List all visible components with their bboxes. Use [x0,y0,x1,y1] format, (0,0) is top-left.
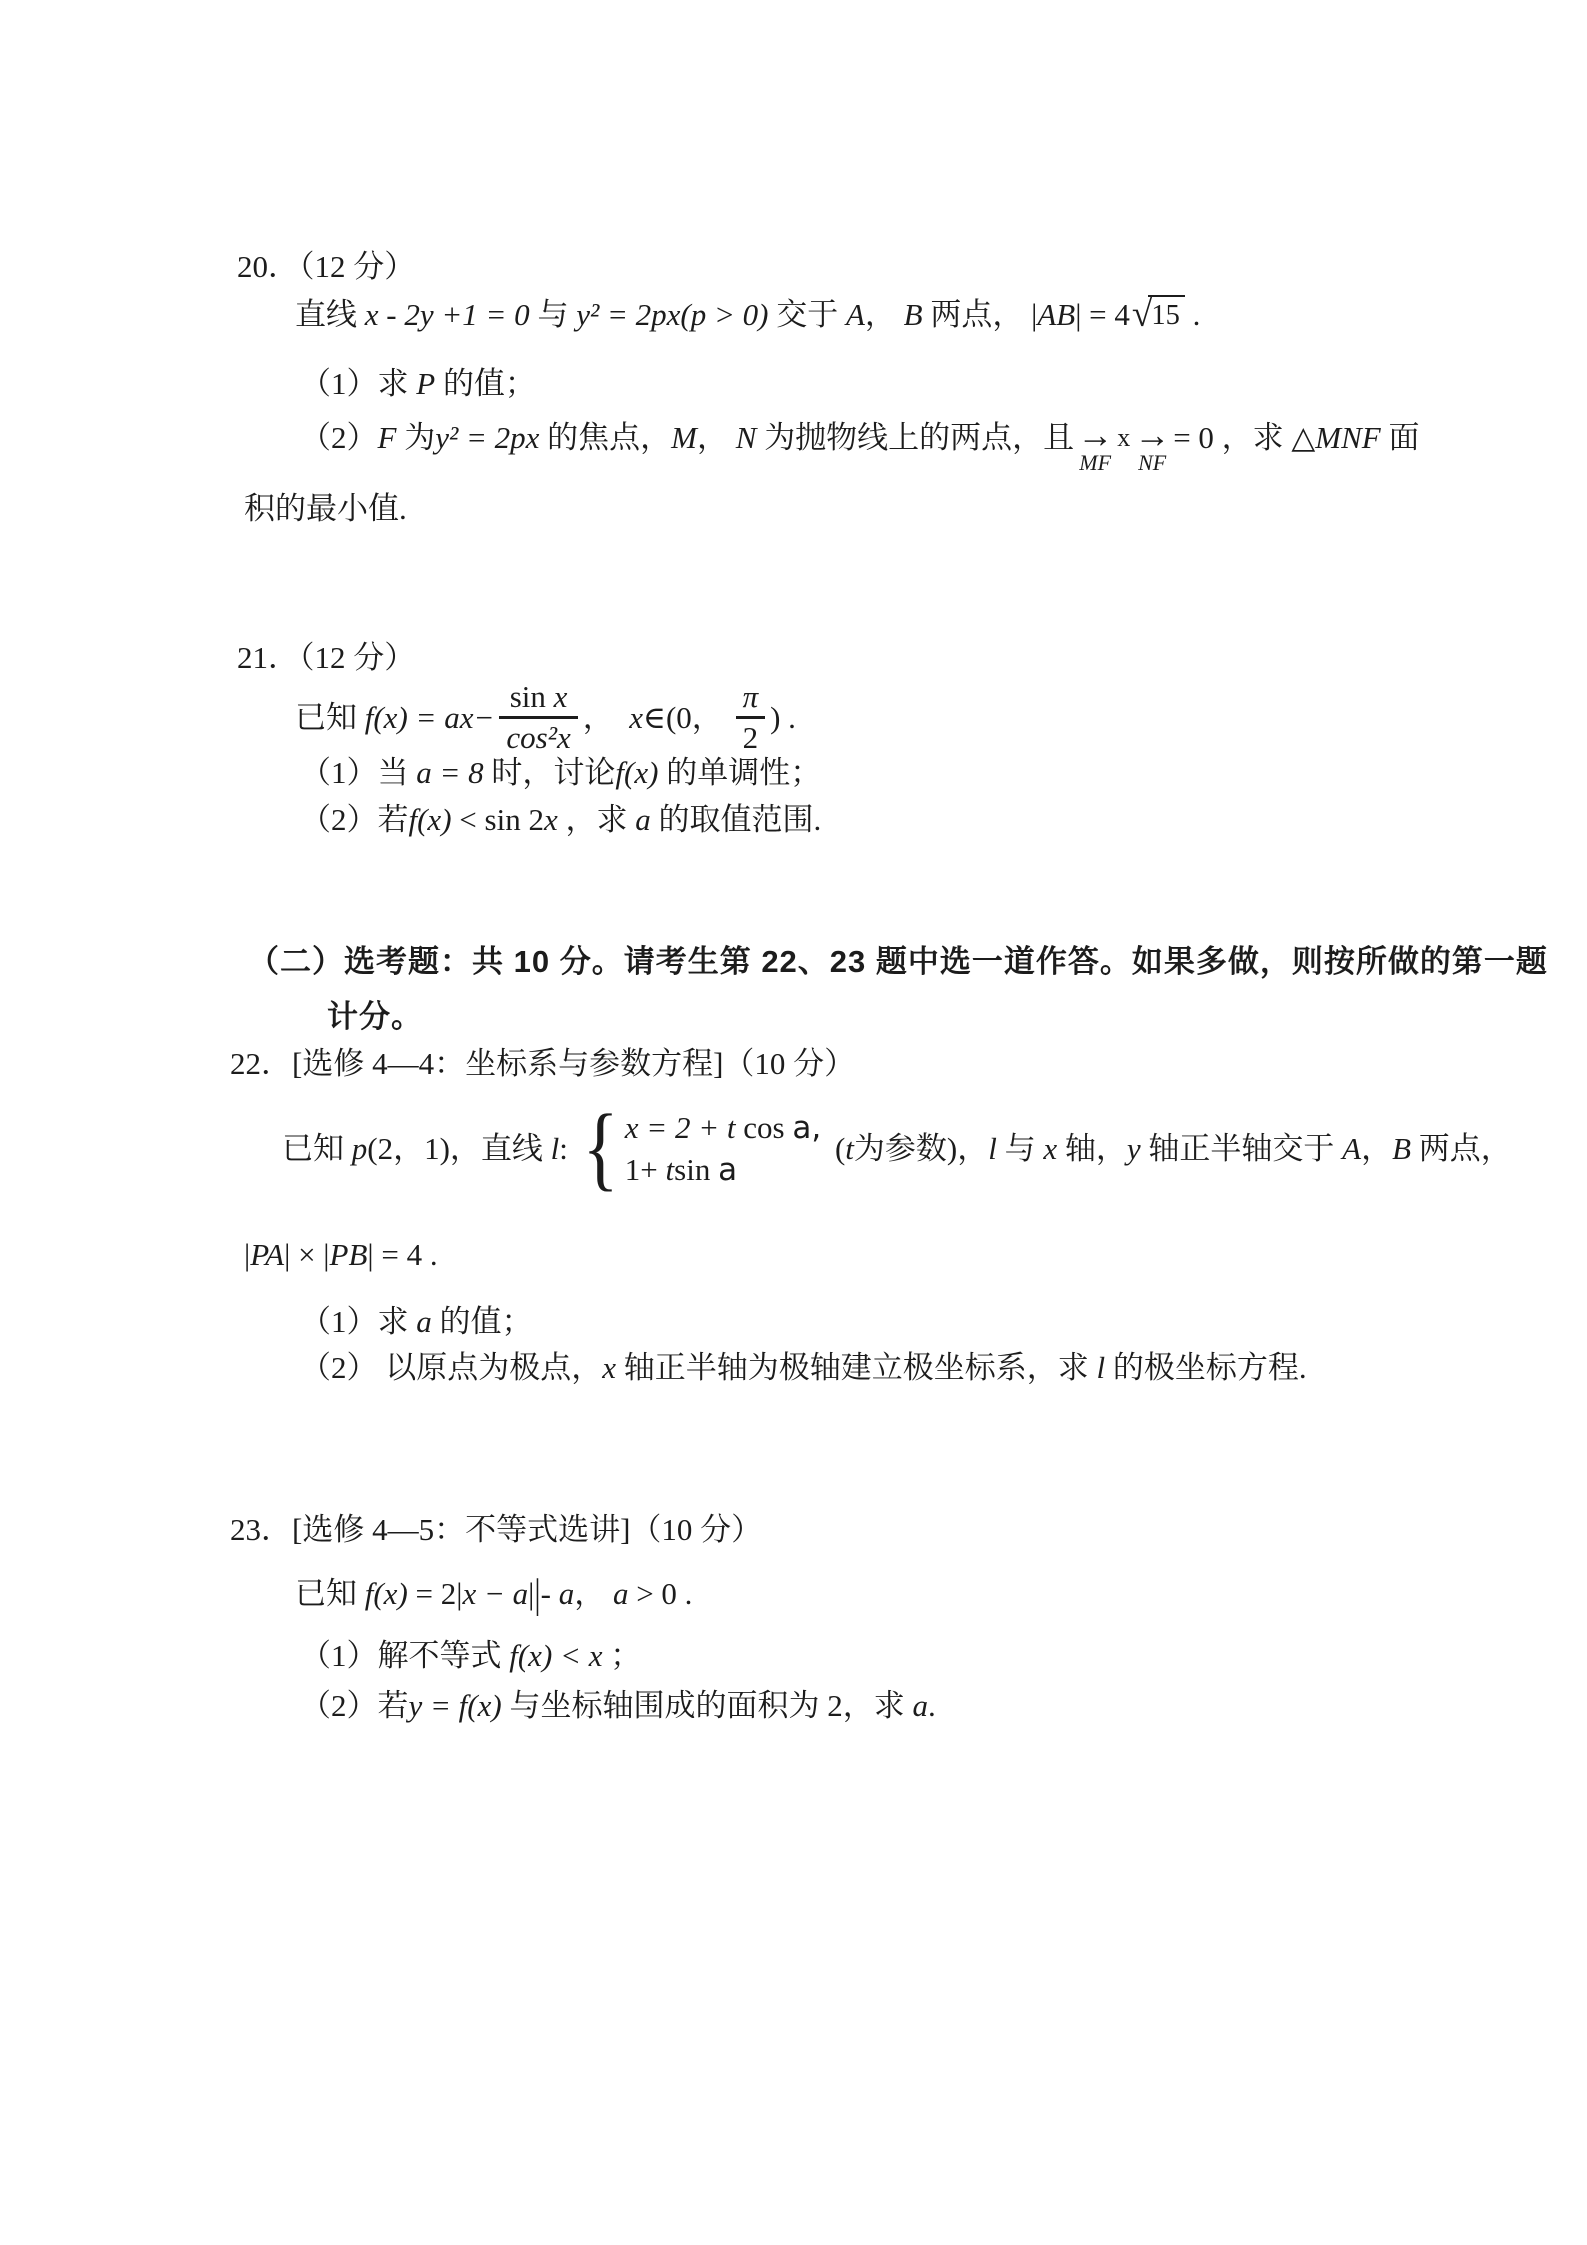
text-run: （1）求 [300,362,416,406]
math-run: cos [743,1110,792,1145]
text-run: （2） 以原点为极点， [300,1346,602,1390]
math-run: P [416,362,435,406]
math-run: f(x) = ax− [365,696,495,740]
text-run: ， [697,416,736,460]
math-run: x [629,696,643,740]
math-run: AB [1037,293,1075,337]
text-run: 两点， [923,293,1032,337]
math-run: PA [250,1233,284,1277]
math-run: a [718,1152,737,1188]
math-run: x − a [462,1572,528,1616]
math-run: A [1342,1127,1361,1171]
text-run: . [928,1684,936,1728]
math-run: B [904,293,923,337]
math-run: x [554,679,568,714]
vector-arrow-icon: → [1134,420,1170,451]
text-run: （1）当 [300,751,416,795]
text-run: 的值； [432,1300,533,1344]
q20-continuation: 积的最小值. [244,487,407,531]
math-run: | = 4 . [367,1233,437,1277]
text-run: （二）选考题：共 10 分。请考生第 22、23 题中选一道作答。如果多做，则按… [248,940,1548,984]
math-run: < [452,798,485,842]
text-run: 已知 [295,696,365,740]
math-run: a [613,1572,629,1616]
math-run: - [541,1572,559,1616]
q20-part2: （2）F 为y² = 2px 的焦点，M， N 为抛物线上的两点，且→MFx→N… [300,411,1419,465]
q21-heading: 21．（12 分） [237,636,415,680]
text-run: ， [574,1572,613,1616]
fraction: π2 [736,678,766,757]
math-run: x [544,798,558,842]
math-run: a [416,1300,432,1344]
text-run: 计分。 [327,995,423,1039]
fraction-numerator: π [736,678,766,716]
fraction: sin xcos²x [499,678,577,757]
q22-heading: 22．[选修 4—4：坐标系与参数方程]（10 分） [230,1042,855,1086]
text-run: 两点， [1411,1127,1512,1171]
q21-part1: （1）当 a = 8 时，讨论f(x) 的单调性； [300,751,821,795]
math-run: a [559,1572,575,1616]
text-run: 轴正半轴为极轴建立极坐标系，求 [616,1346,1097,1390]
exam-paper-page: 20．（12 分） 直线 x - 2y +1 = 0 与 y² = 2px(p … [0,0,1587,2245]
q23-part1: （1）解不等式 f(x) < x ； [300,1634,641,1678]
math-run: f(x) [409,798,452,842]
math-run: > 0 . [628,1572,692,1616]
text-run: （1）求 [300,1300,416,1344]
math-run: y² = 2px [435,416,539,460]
vector-MF: →MF [1077,420,1113,474]
text-run: (2，1)，直线 [367,1127,550,1171]
math-run: = 2| [408,1572,463,1616]
math-run: ( [827,1127,845,1171]
fraction-numerator: sin x [503,678,575,716]
math-run: sin [674,1152,718,1187]
vertical-bar: | [534,1565,540,1623]
text-run: 积的最小值. [244,487,407,531]
text-run: 的极坐标方程. [1105,1346,1307,1390]
vector-NF: →NF [1134,420,1170,474]
math-run: 1+ [625,1152,666,1187]
text-run: （2）若 [300,798,409,842]
math-run: N [736,416,757,460]
q22-stem: 已知 p(2，1)，直线 l: {x = 2 + t cos a,1+ tsin… [282,1107,1512,1191]
text-run: . [1185,293,1201,337]
math-run: p [352,1127,368,1171]
math-run: M [671,416,697,460]
q22-part1: （1）求 a 的值； [300,1300,533,1344]
q23-stem: 已知 f(x) = 2|x − a||- a， a > 0 . [295,1572,692,1616]
q23-part2: （2）若y = f(x) 与坐标轴围成的面积为 2，求 a. [300,1684,936,1728]
text-run: 已知 [282,1127,352,1171]
math-run: | = 4 [1075,293,1130,337]
math-run: sin 2 [485,798,544,842]
q21-part2: （2）若f(x) < sin 2x ，求 a 的取值范围. [300,798,821,842]
math-run: f(x) [615,751,658,795]
text-run: （2） [300,416,378,460]
text-run: ，求 [558,798,636,842]
text-run: 轴， [1057,1127,1127,1171]
text-run: 直线 [295,293,365,337]
q20-heading: 20．（12 分） [237,245,415,289]
equation-line: 1+ tsin a [625,1149,737,1191]
math-run: cos²x [506,720,570,755]
text-run: （2）若 [300,1684,409,1728]
text-run: 的焦点， [539,416,671,460]
vector-arrow-icon: → [1077,420,1113,451]
math-run: t [666,1152,675,1187]
q21-stem: 已知 f(x) = ax−sin xcos²x， x∈(0， π2) . [295,678,796,757]
text-run: 与 [997,1127,1044,1171]
text-run: 的值； [435,362,536,406]
q20-stem: 直线 x - 2y +1 = 0 与 y² = 2px(p > 0) 交于 A，… [295,293,1200,337]
text-run: ； [602,1634,641,1678]
text-run: 的取值范围. [651,798,822,842]
math-run: f(x) < x [509,1634,602,1678]
text-run: ， [865,293,904,337]
text-run: 22．[选修 4—4：坐标系与参数方程]（10 分） [230,1042,855,1086]
section2-header-line1: （二）选考题：共 10 分。请考生第 22、23 题中选一道作答。如果多做，则按… [248,940,1548,984]
section2-header-line2: 计分。 [327,995,423,1039]
math-run: a [635,798,651,842]
math-run: B [1392,1127,1411,1171]
parametric-system: {x = 2 + t cos a,1+ tsin a [578,1107,822,1191]
text-run: 轴正半轴交于 [1141,1127,1343,1171]
math-run: MNF [1315,416,1380,460]
text-run: ， [1361,1127,1392,1171]
q22-part2: （2） 以原点为极点，x 轴正半轴为极轴建立极坐标系，求 l 的极坐标方程. [300,1346,1307,1390]
math-run: l [551,1127,560,1171]
math-run: : [559,1127,575,1171]
math-run: x [1043,1127,1057,1171]
q22-continuation: |PA| × |PB| = 4 . [244,1233,438,1277]
text-run: 已知 [295,1572,365,1616]
math-run: a = 8 [416,751,483,795]
math-run: y [1127,1127,1141,1171]
math-run: F [378,416,397,460]
math-run: l [988,1127,997,1171]
text-run: 与坐标轴围成的面积为 2，求 [502,1684,913,1728]
math-run: t [845,1127,854,1171]
math-run: a, [792,1110,821,1146]
text-run: （1）解不等式 [300,1634,509,1678]
q20-part1: （1）求 P 的值； [300,362,536,406]
math-run: 2 [743,720,759,755]
text-run: 面 [1381,416,1420,460]
vector-label: MF [1079,451,1111,474]
q23-heading: 23．[选修 4—5：不等式选讲]（10 分） [230,1508,762,1552]
text-run: 为参数)， [854,1127,988,1171]
radicand: 15 [1148,295,1185,333]
equation-line: x = 2 + t cos a, [625,1107,821,1149]
math-run: A [846,293,865,337]
math-run: y² = 2px(p > 0) [576,293,768,337]
math-run: f(x) [365,1572,408,1616]
math-run: x - 2y +1 = 0 [365,293,530,337]
text-run: 的单调性； [658,751,821,795]
math-run: PB [330,1233,368,1277]
text-run: 时，讨论 [484,751,616,795]
math-run: a [912,1684,928,1728]
left-brace: { [582,1109,618,1189]
text-run: 20．（12 分） [237,245,415,289]
math-run: l [1097,1346,1106,1390]
vector-label: NF [1138,451,1166,474]
text-run: 与 [530,293,577,337]
times-sign: x [1116,416,1131,460]
text-run: 为抛物线上的两点，且 [756,416,1074,460]
math-run: y = f(x) [409,1684,502,1728]
math-run: sin [510,679,554,714]
text-run: ， [583,696,630,740]
math-run: = 0 ，求 △ [1173,416,1315,460]
text-run: 交于 [768,293,846,337]
math-run: π [743,679,759,714]
text-run: 23．[选修 4—5：不等式选讲]（10 分） [230,1508,762,1552]
math-run: x [602,1346,616,1390]
text-run: 21．（12 分） [237,636,415,680]
math-run: ) . [770,696,796,740]
square-root: √15 [1132,295,1185,334]
math-run: | × | [284,1233,329,1277]
math-run: x = 2 + t [625,1110,743,1145]
equation-stack: x = 2 + t cos a,1+ tsin a [625,1107,821,1191]
math-run: ∈(0， [643,696,731,740]
text-run: 为 [396,416,435,460]
